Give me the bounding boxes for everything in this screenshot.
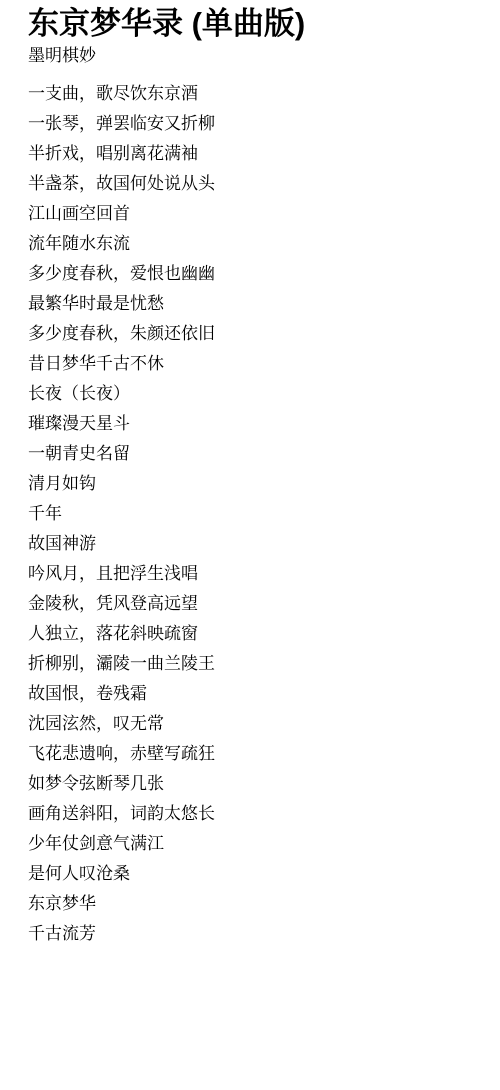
lyric-line: 飞花悲遗响，赤壁写疏狂 [28, 739, 480, 769]
lyric-line: 画角送斜阳，词韵太悠长 [28, 799, 480, 829]
lyrics-list: 一支曲，歌尽饮东京酒一张琴，弹罢临安又折柳半折戏，唱别离花满袖半盏茶，故国何处说… [28, 79, 480, 949]
lyric-line: 少年仗剑意气满江 [28, 829, 480, 859]
lyric-line: 半折戏，唱别离花满袖 [28, 139, 480, 169]
lyric-line: 千古流芳 [28, 919, 480, 949]
lyric-line: 清月如钩 [28, 469, 480, 499]
lyric-line: 吟风月，且把浮生浅唱 [28, 559, 480, 589]
lyric-line: 千年 [28, 499, 480, 529]
lyric-line: 故国恨，卷残霜 [28, 679, 480, 709]
lyric-line: 金陵秋，凭风登高远望 [28, 589, 480, 619]
lyric-line: 一张琴，弹罢临安又折柳 [28, 109, 480, 139]
lyric-line: 长夜（长夜） [28, 379, 480, 409]
lyric-line: 流年随水东流 [28, 229, 480, 259]
song-title: 东京梦华录 (单曲版) [28, 4, 480, 44]
lyric-line: 璀璨漫天星斗 [28, 409, 480, 439]
lyric-line: 多少度春秋，爱恨也幽幽 [28, 259, 480, 289]
lyric-line: 半盏茶，故国何处说从头 [28, 169, 480, 199]
lyric-line: 最繁华时最是忧愁 [28, 289, 480, 319]
lyric-line: 昔日梦华千古不休 [28, 349, 480, 379]
lyric-line: 是何人叹沧桑 [28, 859, 480, 889]
lyric-line: 江山画空回首 [28, 199, 480, 229]
lyric-line: 一朝青史名留 [28, 439, 480, 469]
lyric-line: 沈园泫然，叹无常 [28, 709, 480, 739]
lyric-line: 东京梦华 [28, 889, 480, 919]
lyric-line: 折柳别，灞陵一曲兰陵王 [28, 649, 480, 679]
lyric-line: 多少度春秋，朱颜还依旧 [28, 319, 480, 349]
lyric-line: 人独立，落花斜映疏窗 [28, 619, 480, 649]
lyric-line: 故国神游 [28, 529, 480, 559]
lyrics-page: 东京梦华录 (单曲版) 墨明棋妙 一支曲，歌尽饮东京酒一张琴，弹罢临安又折柳半折… [0, 0, 500, 1090]
lyric-line: 一支曲，歌尽饮东京酒 [28, 79, 480, 109]
artist-name: 墨明棋妙 [28, 44, 480, 68]
lyric-line: 如梦令弦断琴几张 [28, 769, 480, 799]
